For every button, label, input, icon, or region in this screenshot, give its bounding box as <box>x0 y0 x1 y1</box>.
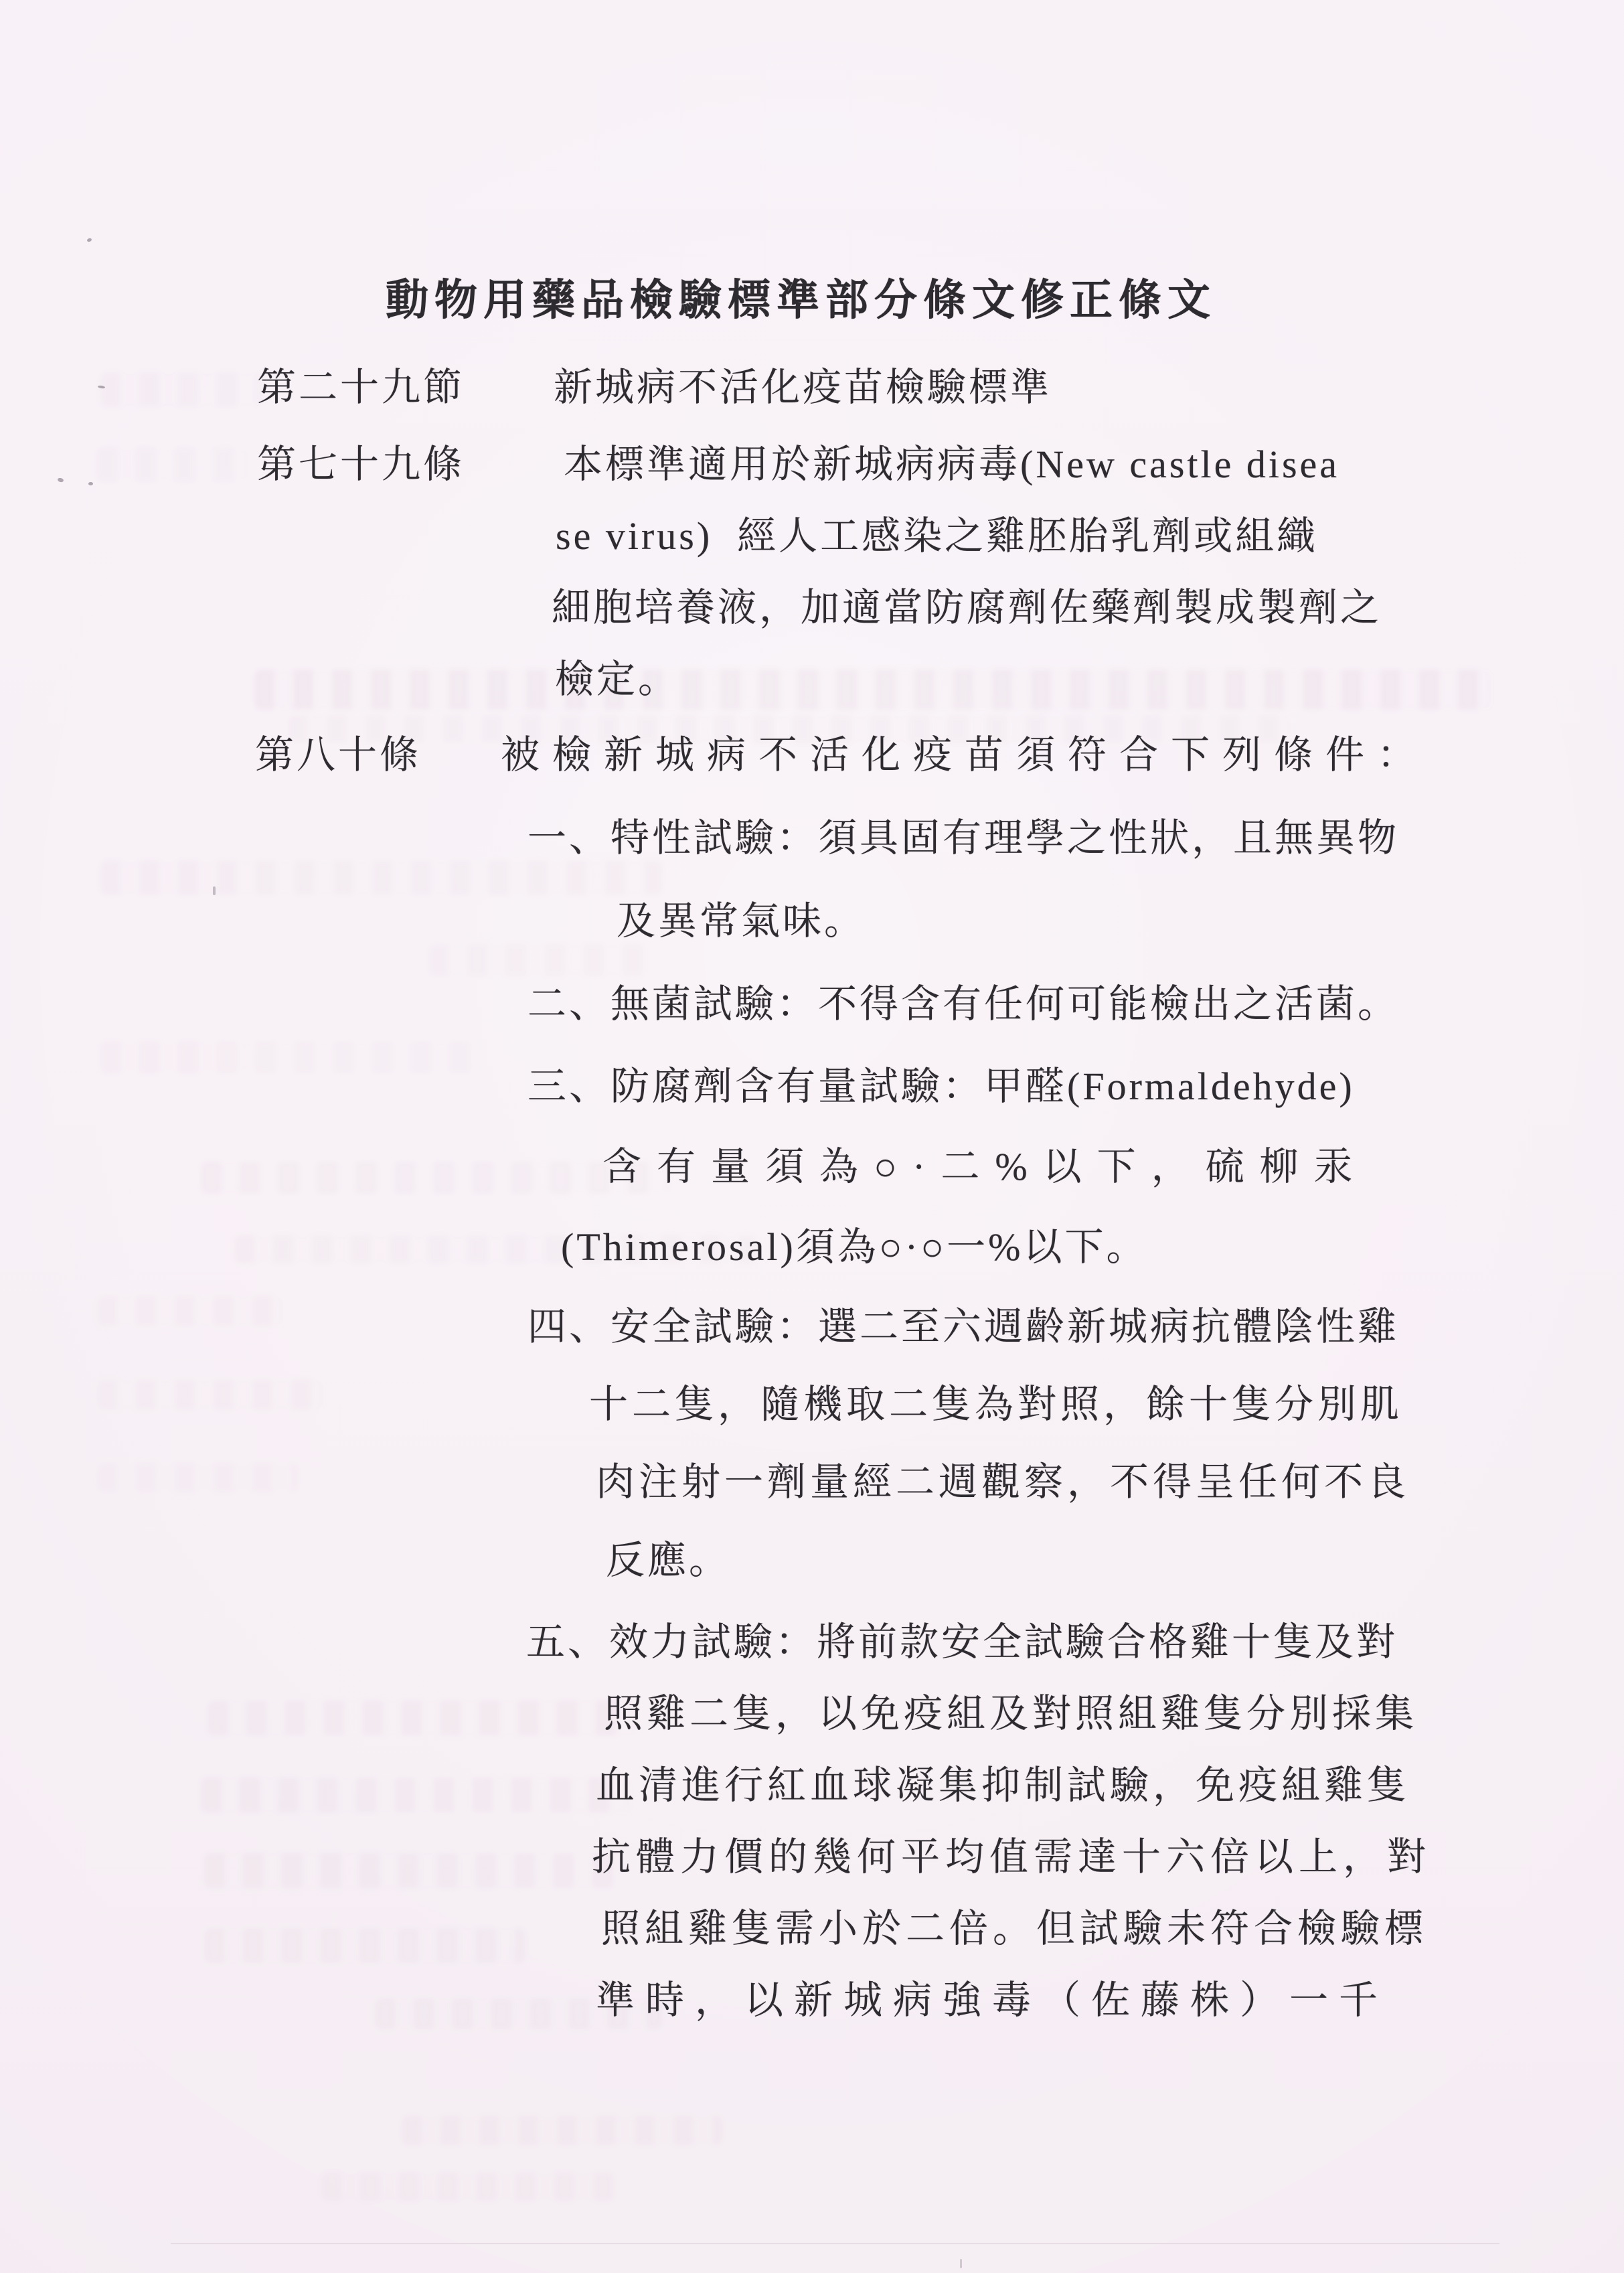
article-80-item-2-line: 二、無菌試驗：不得含有任何可能檢出之活菌。 <box>527 982 1399 1027</box>
section-number-label: 第二十九節 <box>257 366 465 410</box>
ink-speck <box>57 477 64 483</box>
bleed-through-ghost <box>97 1296 285 1326</box>
document-title: 動物用藥品檢驗標準部分條文修正條文 <box>386 276 1216 325</box>
article-80-intro: 被檢新城病不活化疫苗須符合下列條件： <box>501 733 1429 778</box>
article-80-label: 第八十條 <box>255 733 421 778</box>
article-79-line: 本標準適用於新城病病毒(New castle disea <box>564 443 1339 487</box>
article-80-item-5-line: 照雞二隻，以免疫組及對照組雞隻分別採集 <box>604 1692 1418 1737</box>
article-80-item-3-line: 三、防腐劑含有量試驗：甲醛(Formaldehyde) <box>527 1065 1355 1109</box>
bleed-through-ghost <box>208 1701 636 1735</box>
article-80-item-4-line: 四、安全試驗：選二至六週齡新城病抗體陰性雞 <box>527 1305 1399 1350</box>
article-80-item-5-line: 準時，以新城病強毒（佐藤株）一千 <box>596 1978 1388 2023</box>
bleed-through-ghost <box>254 670 1493 710</box>
article-80-item-4-line: 肉注射一劑量經二週觀察，不得呈任何不良 <box>596 1460 1410 1505</box>
article-80-item-5-line: 抗體力價的幾何平均值需達十六倍以上，對 <box>592 1835 1431 1880</box>
ink-speck <box>86 238 92 242</box>
article-80-item-1-line: 一、特性試驗：須具固有理學之性狀，且無異物 <box>527 816 1399 861</box>
article-80-item-5-line: 五、效力試驗：將前款安全試驗合格雞十隻及對 <box>526 1620 1398 1665</box>
article-80-item-5-line: 照組雞隻需小於二倍。但試驗未符合檢驗標 <box>601 1907 1428 1952</box>
bleed-through-ghost <box>201 1778 629 1812</box>
bleed-through-ghost <box>100 1041 475 1073</box>
bleed-through-ghost <box>97 447 251 482</box>
bleed-through-ghost <box>402 2116 723 2145</box>
ink-speck <box>213 886 216 895</box>
scan-edge-line <box>171 2243 1499 2244</box>
ink-speck <box>88 482 93 485</box>
article-79-line: se virus) 經人工感染之雞胚胎乳劑或組織 <box>556 514 1318 559</box>
article-79-line: 檢定。 <box>555 657 679 702</box>
scanned-document-page: 動物用藥品檢驗標準部分條文修正條文 第二十九節 新城病不活化疫苗檢驗標準 第七十… <box>0 0 1624 2273</box>
article-79-label: 第七十九條 <box>257 443 465 487</box>
article-80-item-5-line: 血清進行紅血球凝集抑制試驗，免疫組雞隻 <box>596 1763 1410 1808</box>
section-title: 新城病不活化疫苗檢驗標準 <box>554 366 1052 410</box>
bleed-through-ghost <box>428 944 649 976</box>
bleed-through-ghost <box>201 1162 669 1194</box>
bleed-through-ghost <box>204 1853 619 1888</box>
article-79-line: 細胞培養液，加適當防腐劑佐藥劑製成製劑之 <box>552 586 1382 631</box>
bleed-through-ghost <box>204 1928 525 1963</box>
article-80-item-3-line: 含有量須為○·二%以下，硫柳汞 <box>602 1145 1368 1190</box>
article-80-item-1-line: 及異常氣味。 <box>617 899 866 944</box>
article-80-item-3-line: (Thimerosal)須為○·○一%以下。 <box>561 1225 1147 1270</box>
bleed-through-ghost <box>100 372 261 407</box>
bleed-through-ghost <box>97 1379 325 1410</box>
bleed-through-ghost <box>321 2173 616 2201</box>
bleed-through-ghost <box>97 1463 298 1492</box>
ink-speck <box>960 2259 962 2268</box>
article-80-item-4-line: 反應。 <box>606 1539 730 1583</box>
article-80-item-4-line: 十二隻，隨機取二隻為對照，餘十隻分別肌 <box>589 1383 1403 1427</box>
bleed-through-ghost <box>100 860 663 895</box>
